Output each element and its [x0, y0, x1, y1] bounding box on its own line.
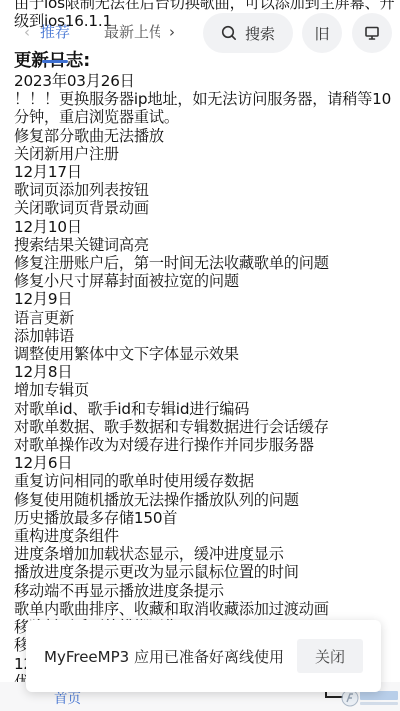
entry-item: 修复注册账户后，第一时间无法收藏歌单的问题 [14, 254, 400, 272]
entry-item: 语言更新 [14, 309, 400, 327]
monitor-icon [364, 25, 380, 41]
entry-item: 重构进度条组件 [14, 527, 400, 545]
entry-item: 歌单内歌曲排序、收藏和取消收藏添加过渡动画 [14, 600, 400, 618]
entry-item: 移动端不再显示播放进度条提示 [14, 582, 400, 600]
offline-ready-toast: MyFreeMP3 应用已准备好离线使用 关闭 [26, 620, 381, 692]
entry-item: 修复使用随机播放无法操作播放队列的问题 [14, 491, 400, 509]
entry-date: 12月9日 [14, 290, 400, 308]
old-version-button[interactable]: 旧 [302, 13, 342, 53]
entry-item: ！！！更换服务器ip地址，如无法访问服务器，请稍等10分钟，重启浏览器重试。 [14, 90, 400, 126]
toast-close-button[interactable]: 关闭 [297, 639, 363, 673]
search-icon [221, 25, 237, 41]
entry-date: 12月17日 [14, 163, 400, 181]
entry-item: 播放进度条提示更改为显示鼠标位置的时间 [14, 563, 400, 581]
entry-item: 历史播放最多存储150首 [14, 509, 400, 527]
app-page: 由于ios限制无法在后台切换歌曲，可以添加到主屏幕、升级到ios16.1.1 更… [0, 0, 400, 711]
entry-item: 歌词页添加列表按钮 [14, 181, 400, 199]
entry-item: 调整使用繁体中文下字体显示效果 [14, 345, 400, 363]
old-version-label: 旧 [314, 23, 329, 44]
search-label: 搜索 [245, 23, 275, 44]
entry-item: 关闭歌词页背景动画 [14, 199, 400, 217]
entry-item: 修复小尺寸屏幕封面被拉宽的问题 [14, 272, 400, 290]
search-button[interactable]: 搜索 [203, 13, 293, 53]
entry-item: 对歌单id、歌手id和专辑id进行编码 [14, 400, 400, 418]
entry-item: 修复部分歌曲无法播放 [14, 127, 400, 145]
active-tab-indicator [42, 60, 68, 63]
entry-item: 重复访问相同的歌单时使用缓存数据 [14, 472, 400, 490]
entry-item: 添加韩语 [14, 327, 400, 345]
toast-message: MyFreeMP3 应用已准备好离线使用 [44, 646, 284, 667]
content-area[interactable]: 由于ios限制无法在后台切换歌曲，可以添加到主屏幕、升级到ios16.1.1 更… [14, 0, 400, 691]
desktop-button[interactable] [352, 13, 392, 53]
entry-item: 增加专辑页 [14, 381, 400, 399]
entry-item: 对歌单操作改为对缓存进行操作并同步服务器 [14, 436, 400, 454]
entry-date: 2023年03月26日 [14, 72, 400, 90]
entry-item: 对歌单数据、歌手数据和专辑数据进行会话缓存 [14, 418, 400, 436]
entry-item: 进度条增加加载状态显示，缓冲进度显示 [14, 545, 400, 563]
entry-item: 关闭新用户注册 [14, 145, 400, 163]
changelog-title: 更新日志: [14, 51, 400, 72]
entry-date: 12月6日 [14, 454, 400, 472]
top-actions: 搜索 旧 [0, 13, 400, 53]
entry-item: 搜索结果关键词高亮 [14, 236, 400, 254]
entry-date: 12月8日 [14, 363, 400, 381]
entry-date: 12月10日 [14, 218, 400, 236]
